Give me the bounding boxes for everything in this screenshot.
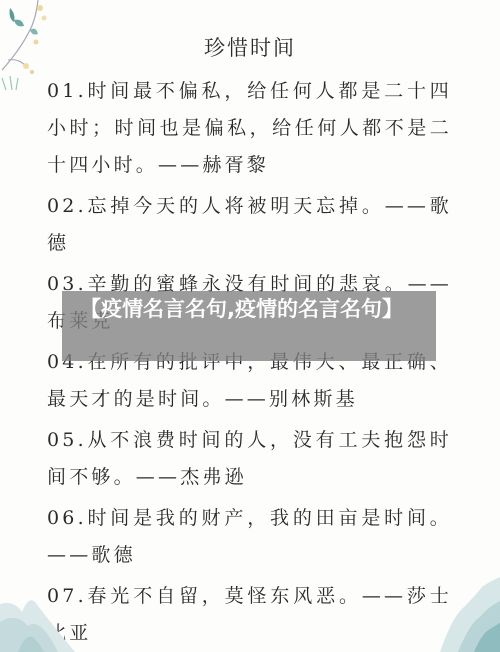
ink-mountain-icon — [0, 582, 75, 652]
quote-list: 01.时间最不偏私，给任何人都是二十四小时；时间也是偏私，给任何人都不是二十四小… — [47, 73, 452, 652]
page-title: 珍惜时间 — [0, 32, 500, 62]
ink-mountain-icon — [430, 577, 500, 652]
quote-item: 05.从不浪费时间的人，没有工夫抱怨时间不够。——杰弗逊 — [47, 422, 452, 496]
quote-item: 01.时间最不偏私，给任何人都是二十四小时；时间也是偏私，给任何人都不是二十四小… — [47, 73, 452, 184]
quote-item: 07.春光不自留，莫怪东风恶。——莎士比亚 — [47, 578, 452, 652]
quote-item: 06.时间是我的财产，我的田亩是时间。——歌德 — [47, 500, 452, 574]
quote-item: 02.忘掉今天的人将被明天忘掉。——歌德 — [47, 188, 452, 262]
caption-overlay-text: 【疫情名言名句,疫情的名言名句】 — [80, 294, 420, 324]
